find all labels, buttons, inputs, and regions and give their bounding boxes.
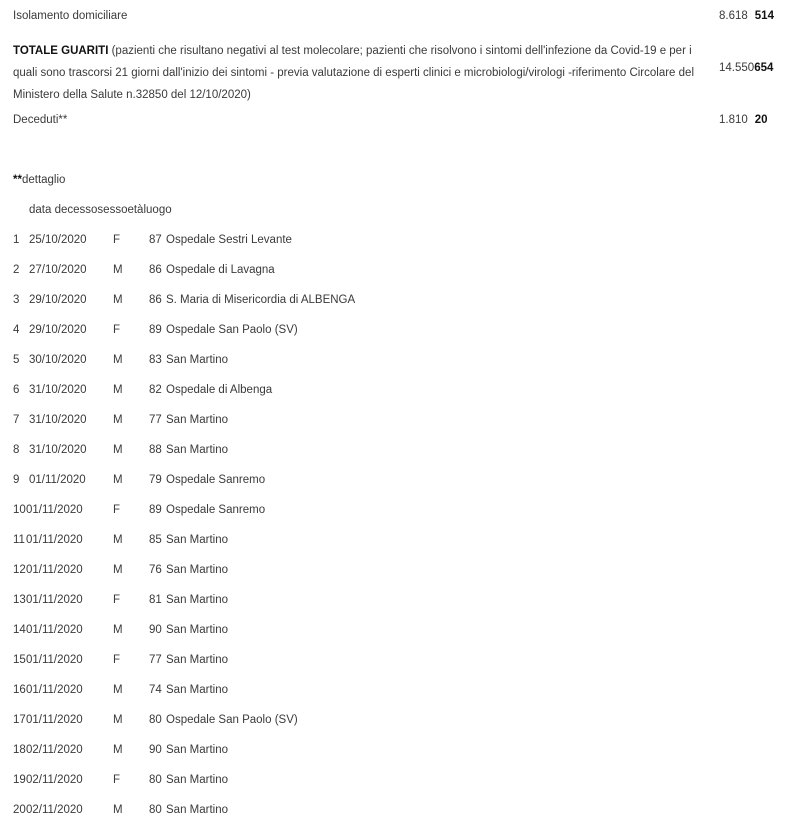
table-row: 1501/11/2020F77San Martino [0,654,800,670]
row-place: San Martino [166,684,228,696]
table-row: 1701/11/2020M80Ospedale San Paolo (SV) [0,714,800,730]
header-luogo: luogo [143,204,171,216]
row-sex: F [113,654,120,666]
row-sex: M [113,294,123,306]
row-date: 31/10/2020 [29,444,87,456]
isolamento-delta: 514 [755,10,774,22]
guariti-title: TOTALE GUARITI [13,45,108,57]
row-index: 8 [13,444,19,456]
row-date: 02/11/2020 [26,804,83,816]
row-place: S. Maria di Misericordia di ALBENGA [166,294,355,306]
deceduti-values: 1.81020 [719,114,768,126]
row-place: San Martino [166,354,228,366]
header-sesso: sesso [97,204,127,216]
row-age: 86 [149,264,162,276]
row-index: 1 [13,234,19,246]
guariti-values: 14.550654 [719,62,773,74]
detail-table-header: data decessosessoetàluogo [29,204,172,216]
row-date: 01/11/2020 [26,654,83,666]
table-row: 1301/11/2020F81San Martino [0,594,800,610]
row-age: 80 [149,804,162,816]
row-index: 20 [13,804,26,816]
table-row: 901/11/2020M79Ospedale Sanremo [0,474,800,490]
row-place: San Martino [166,624,228,636]
row-index: 4 [13,324,19,336]
table-row: 1802/11/2020M90San Martino [0,744,800,760]
row-age: 83 [149,354,162,366]
table-row: 1401/11/2020M90San Martino [0,624,800,640]
table-row: 125/10/2020F87Ospedale Sestri Levante [0,234,800,250]
row-place: Ospedale Sanremo [166,504,265,516]
table-row: 329/10/2020M86S. Maria di Misericordia d… [0,294,800,310]
table-row: 731/10/2020M77San Martino [0,414,800,430]
row-age: 86 [149,294,162,306]
row-sex: M [113,474,123,486]
row-sex: M [113,384,123,396]
detail-title-stars: ** [13,174,22,186]
row-date: 01/11/2020 [29,474,86,486]
row-date: 29/10/2020 [29,294,87,306]
isolamento-label: Isolamento domiciliare [13,10,127,22]
deceduti-delta: 20 [755,114,768,126]
row-age: 77 [149,654,162,666]
row-place: San Martino [166,744,228,756]
row-sex: F [113,594,120,606]
row-sex: F [113,234,120,246]
row-age: 82 [149,384,162,396]
row-age: 90 [149,624,162,636]
row-date: 01/11/2020 [26,504,83,516]
table-row: 2002/11/2020M80San Martino [0,804,800,820]
row-place: San Martino [166,444,228,456]
row-sex: M [113,354,123,366]
table-row: 831/10/2020M88San Martino [0,444,800,460]
table-row: 1101/11/2020M85San Martino [0,534,800,550]
row-place: San Martino [166,774,228,786]
row-date: 01/11/2020 [26,594,83,606]
row-age: 74 [149,684,162,696]
row-age: 77 [149,414,162,426]
row-date: 01/11/2020 [26,534,83,546]
row-index: 19 [13,774,26,786]
row-sex: M [113,414,123,426]
table-row: 530/10/2020M83San Martino [0,354,800,370]
row-date: 01/11/2020 [26,564,83,576]
row-date: 01/11/2020 [26,684,83,696]
row-index: 14 [13,624,26,636]
row-index: 15 [13,654,26,666]
row-age: 80 [149,774,162,786]
row-place: Ospedale San Paolo (SV) [166,714,298,726]
row-sex: M [113,714,123,726]
table-row: 429/10/2020F89Ospedale San Paolo (SV) [0,324,800,340]
row-date: 01/11/2020 [26,714,83,726]
row-index: 18 [13,744,26,756]
table-row: 631/10/2020M82Ospedale di Albenga [0,384,800,400]
row-date: 29/10/2020 [29,324,87,336]
table-row: 1601/11/2020M74San Martino [0,684,800,700]
row-place: Ospedale San Paolo (SV) [166,324,298,336]
row-date: 27/10/2020 [29,264,87,276]
row-place: San Martino [166,534,228,546]
row-place: San Martino [166,414,228,426]
row-sex: F [113,504,120,516]
row-sex: M [113,804,123,816]
table-row: 1201/11/2020M76San Martino [0,564,800,580]
row-age: 76 [149,564,162,576]
row-place: Ospedale Sanremo [166,474,265,486]
row-place: San Martino [166,804,228,816]
isolamento-total: 8.618 [719,10,748,22]
row-index: 7 [13,414,19,426]
row-index: 6 [13,384,19,396]
guariti-description: (pazienti che risultano negativi al test… [13,45,694,101]
row-place: Ospedale di Albenga [166,384,272,396]
guariti-total: 14.550 [719,62,754,74]
row-date: 01/11/2020 [26,624,83,636]
row-place: San Martino [166,564,228,576]
row-sex: M [113,444,123,456]
row-age: 89 [149,324,162,336]
row-sex: M [113,684,123,696]
row-age: 89 [149,504,162,516]
row-index: 16 [13,684,26,696]
detail-title: **dettaglio [13,174,65,186]
header-data-decesso: data decesso [29,204,97,216]
row-age: 81 [149,594,162,606]
row-date: 25/10/2020 [29,234,87,246]
row-age: 88 [149,444,162,456]
table-row: 227/10/2020M86Ospedale di Lavagna [0,264,800,280]
row-date: 02/11/2020 [26,774,83,786]
row-sex: M [113,564,123,576]
row-sex: F [113,774,120,786]
row-index: 9 [13,474,19,486]
detail-title-text: dettaglio [22,174,65,186]
row-index: 2 [13,264,19,276]
row-sex: M [113,264,123,276]
row-date: 31/10/2020 [29,414,87,426]
row-place: San Martino [166,594,228,606]
guariti-label: TOTALE GUARITI (pazienti che risultano n… [13,40,713,106]
row-age: 90 [149,744,162,756]
row-date: 02/11/2020 [26,744,83,756]
row-index: 10 [13,504,26,516]
row-age: 79 [149,474,162,486]
row-place: San Martino [166,654,228,666]
table-row: 1902/11/2020F80San Martino [0,774,800,790]
row-index: 11 [13,534,25,546]
deceduti-total: 1.810 [719,114,748,126]
row-place: Ospedale Sestri Levante [166,234,292,246]
header-eta: età [127,204,143,216]
row-index: 13 [13,594,26,606]
row-age: 85 [149,534,162,546]
isolamento-values: 8.618514 [719,10,774,22]
row-place: Ospedale di Lavagna [166,264,275,276]
table-row: 1001/11/2020F89Ospedale Sanremo [0,504,800,520]
row-index: 12 [13,564,26,576]
deceduti-label: Deceduti** [13,114,67,126]
guariti-delta: 654 [754,62,773,74]
row-sex: F [113,324,120,336]
row-index: 5 [13,354,19,366]
row-sex: M [113,534,123,546]
row-date: 31/10/2020 [29,384,87,396]
row-sex: M [113,624,123,636]
row-index: 17 [13,714,26,726]
row-age: 80 [149,714,162,726]
row-age: 87 [149,234,162,246]
row-sex: M [113,744,123,756]
row-date: 30/10/2020 [29,354,87,366]
row-index: 3 [13,294,19,306]
